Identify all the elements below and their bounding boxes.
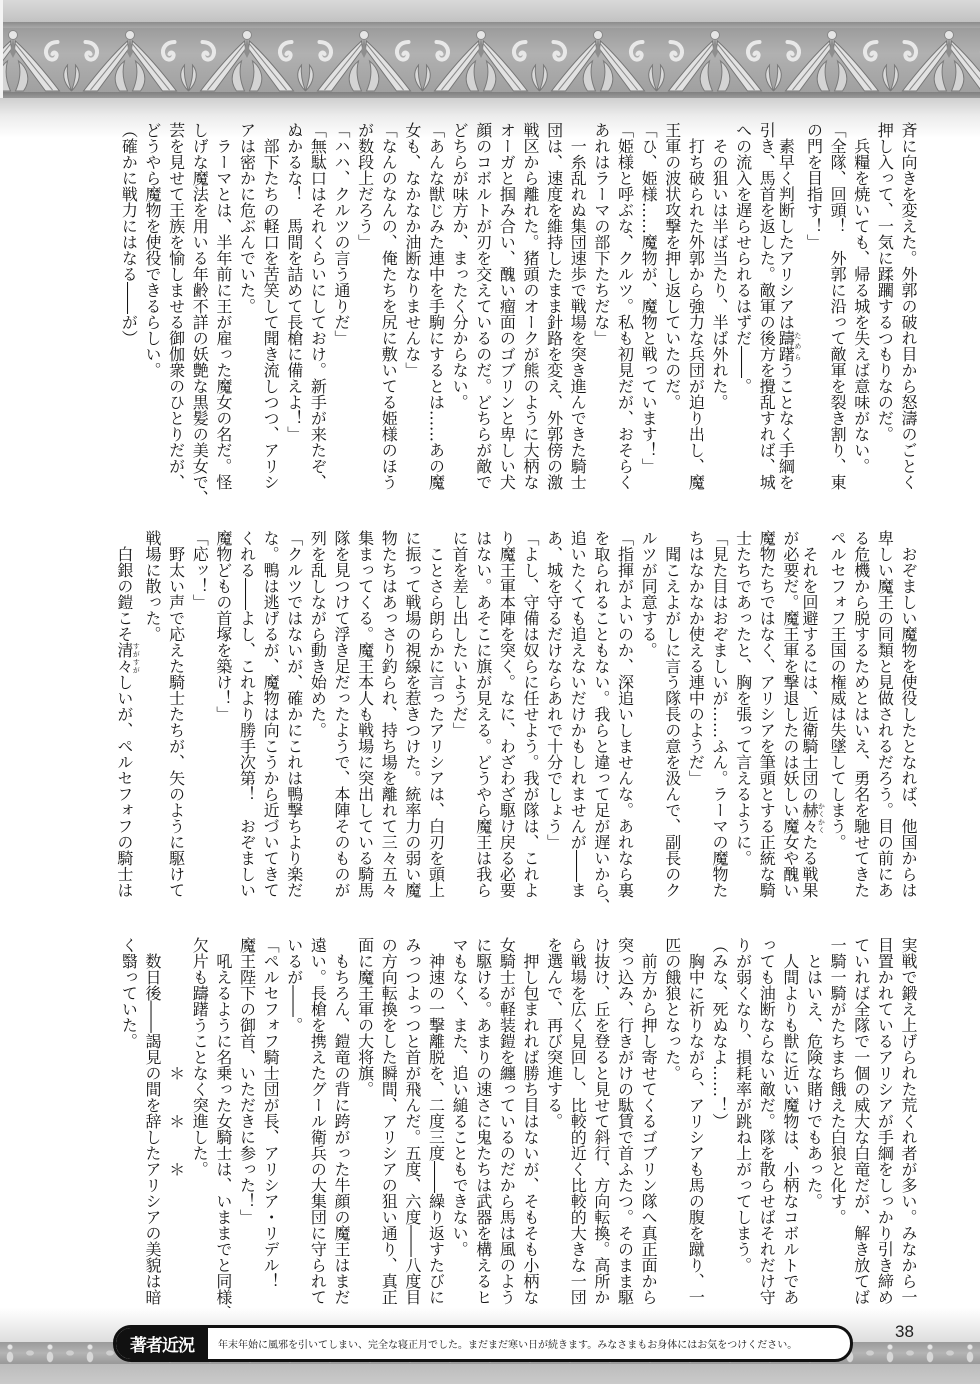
author-note-text: 年末年始に風邪を引いてしまい、完全な寝正月でした。まだまだ寒い日が続きます。みな… bbox=[208, 1336, 797, 1351]
ruby-annotation: 赫々かくかく bbox=[800, 802, 819, 834]
text-segment: うことなく手綱を bbox=[776, 362, 795, 490]
text-line: 実戦で鍛え上げられた荒くれ者が多い。みなから一 bbox=[896, 937, 920, 1305]
text-line: 魔物どもの首塚を築け！」 bbox=[211, 530, 235, 898]
text-line: ことさら朗らかに言ったアリシアは、白刃を頭上 bbox=[424, 530, 448, 898]
text-line: みっつよっつと首が飛んだ。五度、六度――八度目 bbox=[400, 937, 424, 1305]
page-number: 38 bbox=[895, 1322, 914, 1342]
text-line: もちろん、鎧竜の背に跨がった牛顔の魔王はまだ bbox=[329, 937, 353, 1305]
ruby-text: ためら bbox=[794, 330, 802, 362]
text-line: 神速の一撃離脱を、二度三度――繰り返すたびに bbox=[424, 937, 448, 1305]
text-line: しげな魔法を用いる年齢不詳の妖艶な黒髪の美女で、 bbox=[188, 122, 212, 490]
text-line: その狙いは半ば当たり、半ば外れた。 bbox=[707, 122, 731, 490]
text-line: 「応ッ！」 bbox=[188, 530, 212, 898]
text-line: 団は、速度を維持したまま針路を変え、外郭傍の激 bbox=[542, 122, 566, 490]
text-line: 目置かれているアリシアが手綱をしっかり引き締め bbox=[873, 937, 897, 1305]
text-line: いるが――。 bbox=[282, 937, 306, 1305]
palmette-ornament-icon bbox=[0, 28, 980, 92]
text-line: の門を目指す！」 bbox=[802, 122, 826, 490]
text-line: りが弱くなり、損耗率が跳ね上がってしまう。 bbox=[731, 937, 755, 1305]
text-line: 追いたくても追えないだけかもしれませんが――ま bbox=[566, 530, 590, 898]
text-line: 「全隊、回頭！ 外郭に沿って敵軍を裂き割り、東 bbox=[826, 122, 850, 490]
text-line: 人間よりも獣に近い魔物は、小柄なコボルトであ bbox=[778, 937, 802, 1305]
text-line: ら戦場を広く見回し、比較的近く比較的大きな一団 bbox=[566, 937, 590, 1305]
author-note-label: 著者近況 bbox=[116, 1328, 208, 1359]
text-line: ていれば全隊で一個の威大な白竜だが、解き放てば bbox=[849, 937, 873, 1305]
text-line: はない。あそこに旗が見える。どうやら魔王は我ら bbox=[471, 530, 495, 898]
text-tier-3: 実戦で鍛え上げられた荒くれ者が多い。みなから一 目置かれているアリシアが手綱をし… bbox=[116, 937, 920, 1305]
text-line: 打ち破られた外郭から強力な兵団が迫り出し、魔 bbox=[684, 122, 708, 490]
frieze-top-band bbox=[0, 0, 980, 22]
text-line: アは密かに危ぶんでいた。 bbox=[235, 122, 259, 490]
text-line: が必要だ。魔王軍を撃退したのは妖しい魔女や醜い bbox=[778, 530, 802, 898]
text-line: ちはなかなか使える連中のようだ」 bbox=[684, 530, 708, 898]
text-line: 欠片も躊躇うことなく突進した。 bbox=[188, 937, 212, 1305]
text-line: 芸を見せて王族を愉しませる御伽衆のひとりだが、 bbox=[164, 122, 188, 490]
text-line: が数段上だろう」 bbox=[353, 122, 377, 490]
text-line: 顔のコボルトが刃を交えているのだ。どちらが敵で bbox=[471, 122, 495, 490]
text-line: への流入を遅らせられるはずだ――。 bbox=[731, 122, 755, 490]
footer-band bbox=[0, 1364, 980, 1384]
text-line: に駆ける。あまりの速さに鬼たちは武器を構えるヒ bbox=[471, 937, 495, 1305]
text-line: 白銀の鎧こそ清々すがすがしいが、ペルセフォフの騎士は bbox=[117, 530, 141, 898]
text-segment: 素早く判断したアリシアは bbox=[776, 122, 795, 330]
page-edge bbox=[0, 0, 3, 98]
text-line: マもなく、また、追い縋ることもできない。 bbox=[448, 937, 472, 1305]
text-line: 「ハハ、クルツの言う通りだ」 bbox=[329, 122, 353, 490]
text-line: 匹の餓狼となった。 bbox=[660, 937, 684, 1305]
text-line: 士たちであったと、胸を張って言えるように。 bbox=[731, 530, 755, 898]
text-line: 野太い声で応えた騎士たちが、矢のように駆けて bbox=[164, 530, 188, 898]
text-segment: 白銀の鎧こそ bbox=[115, 530, 134, 642]
text-line: 集まってくる。魔王本人も戦場に突出している騎馬 bbox=[353, 530, 377, 898]
text-line: 胸中に祈りながら、アリシアも馬の腹を蹴り、一 bbox=[684, 937, 708, 1305]
text-line: 女も、なかなか油断なりませんな」 bbox=[400, 122, 424, 490]
header-frieze bbox=[0, 0, 980, 98]
text-line: 兵糧を焼いても、帰る城を失えば意味がない。 bbox=[849, 122, 873, 490]
text-line: 「見た目はおぞましいが……ふん。ラーマの魔物た bbox=[707, 530, 731, 898]
text-line: に振って戦場の視線を惹きつけた。統率力の弱い魔 bbox=[400, 530, 424, 898]
text-line: （確かに戦力にはなる――が） bbox=[117, 122, 141, 490]
text-segment: しいが、ペルセフォフの騎士は bbox=[115, 674, 134, 898]
text-line: くれる――よし、これより勝手次第！ おぞましい bbox=[235, 530, 259, 898]
text-line: 前方から押し寄せてくるゴブリン隊へ真正面から bbox=[637, 937, 661, 1305]
text-line: 「姫様と呼ぶな、クルツ。私も初見だが、おそらく bbox=[613, 122, 637, 490]
text-line: 「クルツではないが、確かにこれは鴨撃ちより楽だ bbox=[282, 530, 306, 898]
text-line: 聞こえよがしに言う隊長の意を汲んで、副長のク bbox=[660, 530, 684, 898]
text-line: ペルセフォフ王国の権威は失墜してしまう。 bbox=[826, 530, 850, 898]
text-line: 一騎一騎がたちまち餓えた白狼と化す。 bbox=[826, 937, 850, 1305]
text-segment: たる戦果 bbox=[800, 834, 819, 898]
text-line: それを回避するには、近衛騎士団の赫々かくかくたる戦果 bbox=[802, 530, 826, 898]
ruby-text: すがすが bbox=[132, 642, 140, 674]
ruby-annotation: 清々すがすが bbox=[115, 642, 134, 674]
text-line: 戦区から離れた。猪頭のオークが熊のように大柄な bbox=[518, 122, 542, 490]
text-line: オーガと掴み合い、醜い瘤面のゴブリンと卑しい犬 bbox=[495, 122, 519, 490]
text-line: 魔物たちではなく、アリシアを筆頭とする正統な騎 bbox=[755, 530, 779, 898]
text-line: 列を乱しながら動き始めた。 bbox=[306, 530, 330, 898]
text-line: 押し入って、一気に蹂躙するつもりなのだ。 bbox=[873, 122, 897, 490]
ruby-text: かくかく bbox=[818, 802, 826, 834]
text-line: 物たちはあっさり釣られ、持ち場を離れて三々五々 bbox=[377, 530, 401, 898]
text-line: 数日後――謁見の間を辞したアリシアの美貌は暗 bbox=[140, 937, 164, 1305]
text-line: 吼えるように名乗った女騎士は、いままでと同様、 bbox=[211, 937, 235, 1305]
text-tier-1: 斉に向きを変えた。外郭の破れ目から怒濤のごとく 押し入って、一気に蹂躙するつもり… bbox=[116, 122, 920, 490]
text-line: 部下たちの軽口を苦笑して聞き流しつつ、アリシ bbox=[259, 122, 283, 490]
text-line: り魔王軍本陣を突く。なに、わざわざ駆け戻る必要 bbox=[495, 530, 519, 898]
text-line: 遠い。長槍を携えたグール衛兵の大集団に守られて bbox=[306, 937, 330, 1305]
text-line: る危機から脱するためとはいえ、勇名を馳せてきた bbox=[849, 530, 873, 898]
text-line: を取られることもない。我らと違って足が遅いから、 bbox=[589, 530, 613, 898]
text-line: の方向転換をした瞬間、アリシアの狙い通り、真正 bbox=[377, 937, 401, 1305]
text-line: を選んで、再び突進する。 bbox=[542, 937, 566, 1305]
text-line: 王軍の波状攻撃を押し返していたのだ。 bbox=[660, 122, 684, 490]
text-line: 斉に向きを変えた。外郭の破れ目から怒濤のごとく bbox=[896, 122, 920, 490]
text-line: に首を差し出したいようだ」 bbox=[448, 530, 472, 898]
text-line: どちらが味方か、まったく分からない。 bbox=[448, 122, 472, 490]
text-line: け抜け、丘を登ると見せて斜行、方向転換。高所か bbox=[589, 937, 613, 1305]
text-line: 面に魔王軍の大将旗。 bbox=[353, 937, 377, 1305]
text-line: っても油断ならない敵だ。隊を散らせばそれだけ守 bbox=[755, 937, 779, 1305]
author-note-box: 著者近況 年末年始に風邪を引いてしまい、完全な寝正月でした。まだまだ寒い日が続き… bbox=[113, 1325, 853, 1362]
text-segment: それを回避するには、近衛騎士団の bbox=[800, 530, 819, 802]
text-line: 「ペルセフォフ騎士団が長、アリシア・リデル！ bbox=[259, 937, 283, 1305]
text-line: 「なんのなんの、俺たちを尻に敷いてる姫様のほう bbox=[377, 122, 401, 490]
text-line: おぞましい魔物を使役したとなれば、他国からは bbox=[896, 530, 920, 898]
text-line: 素早く判断したアリシアは躊躇ためらうことなく手綱を bbox=[778, 122, 802, 490]
text-line: （みな、死ぬなよ……！） bbox=[707, 937, 731, 1305]
text-line: 「指揮がよいのか、深追いしませんな。あれなら裏 bbox=[613, 530, 637, 898]
text-line: 卑しい魔王の同類と見做されるだろう。目の前にあ bbox=[873, 530, 897, 898]
text-line: 隊を見つけて浮き足だったようで、本陣そのものが bbox=[329, 530, 353, 898]
text-line: 突っ込み、行きがけの駄賃で首ふたつ。そのまま駆 bbox=[613, 937, 637, 1305]
text-line: 引き、馬首を返した。敵軍の後方を攪乱すれば、城 bbox=[755, 122, 779, 490]
text-tier-2: おぞましい魔物を使役したとなれば、他国からは 卑しい魔王の同類と見做されるだろう… bbox=[116, 530, 920, 898]
text-line: ルツが同意する。 bbox=[637, 530, 661, 898]
text-line: 押し包まれれば勝ち目はないが、そもそも小柄な bbox=[518, 937, 542, 1305]
ruby-annotation: 躊躇ためら bbox=[776, 330, 795, 362]
text-line: 「無駄口はそれくらいにしておけ。新手が来たぞ、 bbox=[306, 122, 330, 490]
text-line: あ、城を守るだけならあれで十分でしょう」 bbox=[542, 530, 566, 898]
text-line: く翳っていた。 bbox=[117, 937, 141, 1305]
text-line: 女騎士が軽装鎧を纏っているのだから馬は風のよう bbox=[495, 937, 519, 1305]
text-line: 「あんな獣じみた連中を手駒にするとは……あの魔 bbox=[424, 122, 448, 490]
text-line: 「ひ、姫様……魔物が、魔物と戦っています！」 bbox=[637, 122, 661, 490]
ruby-base: 赫々 bbox=[800, 802, 819, 834]
text-line: ぬかるな！ 馬間を詰めて長槍に備えよ！」 bbox=[282, 122, 306, 490]
text-line: な。鴨は逃げるが、魔物は向こうから近づいてきて bbox=[259, 530, 283, 898]
text-line: 「よし、守備は奴らに任せよう。我が隊は、これよ bbox=[518, 530, 542, 898]
text-line: 魔王陛下の御首、いただきに参った！」 bbox=[235, 937, 259, 1305]
scene-break: ＊ ＊ ＊ bbox=[164, 937, 188, 1305]
text-line: ラーマとは、半年前に王が雇った魔女の名だ。怪 bbox=[211, 122, 235, 490]
text-line: とはいえ、危険な賭けでもあった。 bbox=[802, 937, 826, 1305]
text-line: 一糸乱れぬ集団速歩で戦場を突き進んできた騎士 bbox=[566, 122, 590, 490]
ruby-base: 躊躇 bbox=[776, 330, 795, 362]
text-line: 戦場に散った。 bbox=[140, 530, 164, 898]
text-line: あれはラーマの部下たちだな」 bbox=[589, 122, 613, 490]
text-line: どうやら魔物を使役できるらしい。 bbox=[140, 122, 164, 490]
